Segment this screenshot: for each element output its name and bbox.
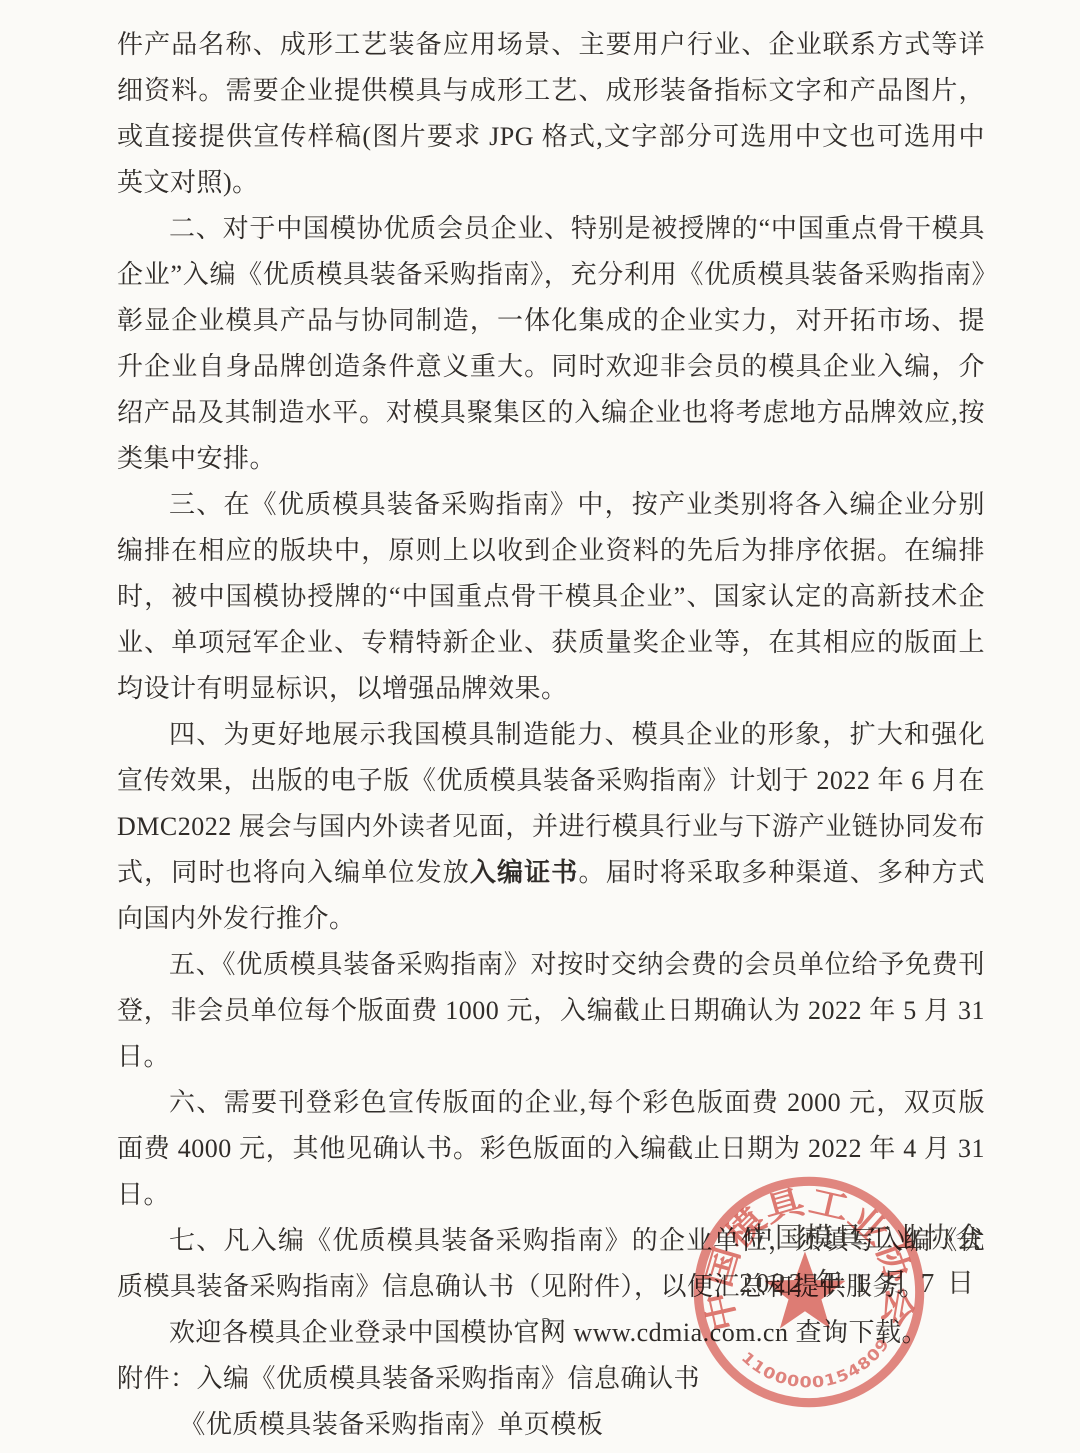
document-page: 件产品名称、成形工艺装备应用场景、主要用户行业、企业联系方式等详细资料。需要企业… (0, 0, 1080, 1453)
paragraph: 六、需要刊登彩色宣传版面的企业,每个彩色版面费 2000 元，双页版面费 400… (117, 1080, 985, 1218)
signature-organization: 中国模具工业协会 (745, 1216, 985, 1256)
text-segment: 六、需要刊登彩色宣传版面的企业,每个彩色版面费 2000 元，双页版面费 400… (117, 1088, 985, 1209)
text-segment: 附件：入编《优质模具装备采购指南》信息确认书 (117, 1364, 700, 1393)
text-segment: 二、对于中国模协优质会员企业、特别是被授牌的“中国重点骨干模具企业”入编《优质模… (117, 214, 985, 473)
paragraph: 二、对于中国模协优质会员企业、特别是被授牌的“中国重点骨干模具企业”入编《优质模… (117, 206, 985, 482)
paragraph: 四、为更好地展示我国模具制造能力、模具企业的形象，扩大和强化宣传效果，出版的电子… (117, 712, 985, 942)
text-segment: 件产品名称、成形工艺装备应用场景、主要用户行业、企业联系方式等详细资料。需要企业… (117, 30, 985, 197)
paragraph: 件产品名称、成形工艺装备应用场景、主要用户行业、企业联系方式等详细资料。需要企业… (117, 22, 985, 206)
text-segment: 《优质模具装备采购指南》单页模板 (179, 1410, 603, 1439)
paragraph: 三、在《优质模具装备采购指南》中，按产业类别将各入编企业分别编排在相应的版块中，… (117, 482, 985, 712)
paragraph: 附件：入编《优质模具装备采购指南》信息确认书 (117, 1356, 985, 1402)
text-segment: 五、《优质模具装备采购指南》对按时交纳会费的会员单位给予免费刊登，非会员单位每个… (117, 950, 985, 1071)
text-segment: 三、在《优质模具装备采购指南》中，按产业类别将各入编企业分别编排在相应的版块中，… (117, 490, 985, 703)
paragraph: 《优质模具装备采购指南》单页模板 (117, 1402, 985, 1448)
page-number: 2 (541, 1313, 552, 1338)
bold-text-segment: 入编证书 (470, 858, 579, 887)
signature-date: 2022 年 1 月 7 日 (739, 1261, 977, 1300)
paragraph: 五、《优质模具装备采购指南》对按时交纳会费的会员单位给予免费刊登，非会员单位每个… (117, 942, 985, 1080)
